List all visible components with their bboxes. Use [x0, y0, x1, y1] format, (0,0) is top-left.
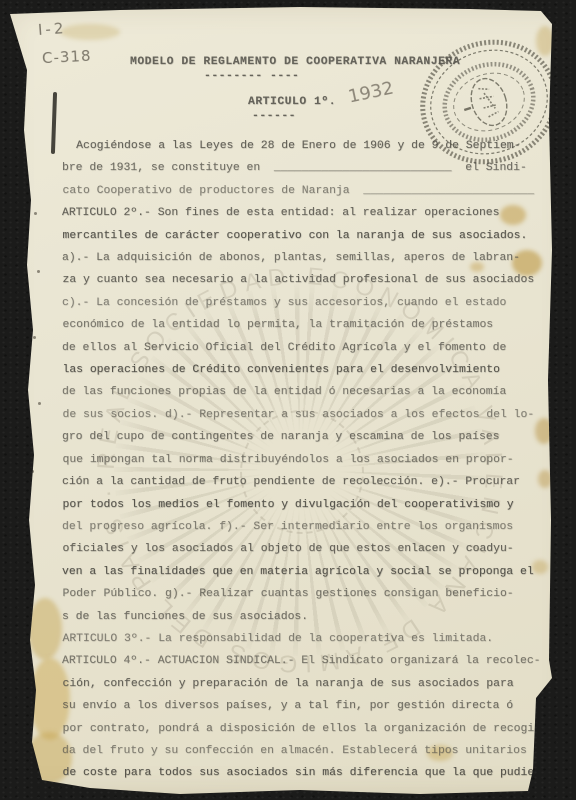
document-line: de ellos al Servicio Oficial del Crédito…	[62, 337, 562, 359]
archive-mark-1: I-2	[37, 19, 67, 39]
document-line: oficiales y los asociados al objeto de q…	[63, 538, 563, 560]
document-line: por todos los medios el fomento y divulg…	[63, 494, 563, 516]
ink-speck	[33, 336, 36, 339]
ink-speck	[38, 402, 41, 405]
document-line: su envío a los diversos países, y a tal …	[62, 695, 562, 717]
foxing-stain	[60, 24, 120, 40]
document-line: za y cuanto sea necesario a la actividad…	[63, 269, 563, 291]
document-line: ARTICULO 3º.- La responsabilidad de la c…	[63, 628, 563, 650]
document-line: las operaciones de Crédito convenientes …	[63, 359, 563, 381]
document-body: Acogiéndose a las Leyes de 28 de Enero d…	[62, 135, 562, 785]
ink-speck	[31, 470, 34, 473]
document-line: ción, confección y preparación de la nar…	[63, 673, 563, 695]
document-line: mercantiles de carácter cooperativo con …	[63, 225, 563, 247]
title-underline: -------- ----	[204, 70, 299, 82]
document-line: que impongan tal norma distribuyéndolos …	[63, 449, 563, 471]
document-line: s de las funciones de sus asociados.	[62, 606, 562, 628]
article-1-underline: ------	[252, 110, 296, 122]
document-line: del progreso agrícola. f).- Ser intermed…	[62, 516, 562, 538]
ink-speck	[37, 270, 40, 273]
document-line: de sus socios. d).- Representar a sus as…	[63, 404, 563, 426]
document-line: da del fruto y su confección en almacén.…	[62, 740, 562, 762]
document-line: económico de la entidad lo permita, la t…	[63, 314, 563, 336]
handwritten-year: 1932	[346, 77, 395, 107]
document-line: bre de 1931, se constituye en __________…	[62, 157, 562, 179]
document-line: cato Cooperativo de productores de Naran…	[63, 180, 563, 202]
document-line: gro del cupo de contingentes de naranja …	[62, 426, 562, 448]
document-line: ARTICULO 4º.- ACTUACION SINDICAL.- El Si…	[62, 650, 562, 672]
paper-sheet: REAL SOCIEDAD ECONOMICA VALENCIANA DE AM…	[0, 0, 576, 800]
edge-stain	[28, 598, 62, 660]
article-1-heading: ARTICULO 1º.	[248, 96, 336, 108]
document-line: a).- La adquisición de abonos, plantas, …	[62, 247, 562, 269]
document-line: ción a la cantidad de fruto pendiente de…	[62, 471, 562, 493]
scanned-document-page: { "document": { "archive_marks": { "mark…	[0, 0, 576, 800]
document-line: ven a las finalidades que en materia agr…	[62, 561, 562, 583]
document-line: Poder Público. g).- Realizar cuantas ges…	[63, 583, 563, 605]
document-line: por contrato, pondrá a disposición de el…	[63, 718, 563, 740]
document-line: ARTICULO 2º.- Son fines de esta entidad:…	[62, 202, 562, 224]
ink-speck	[34, 212, 37, 215]
document-line: de coste para todos sus asociados sin má…	[63, 762, 563, 784]
document-line: Acogiéndose a las Leyes de 28 de Enero d…	[63, 135, 563, 157]
archive-mark-2: C-318	[42, 47, 92, 68]
document-line: c).- La concesión de préstamos y sus acc…	[62, 292, 562, 314]
document-line: de las funciones propias de la entidad ó…	[62, 381, 562, 403]
pencil-tally-mark	[51, 92, 57, 154]
document-title: MODELO DE REGLAMENTO DE COOPERATIVA NARA…	[130, 56, 460, 68]
